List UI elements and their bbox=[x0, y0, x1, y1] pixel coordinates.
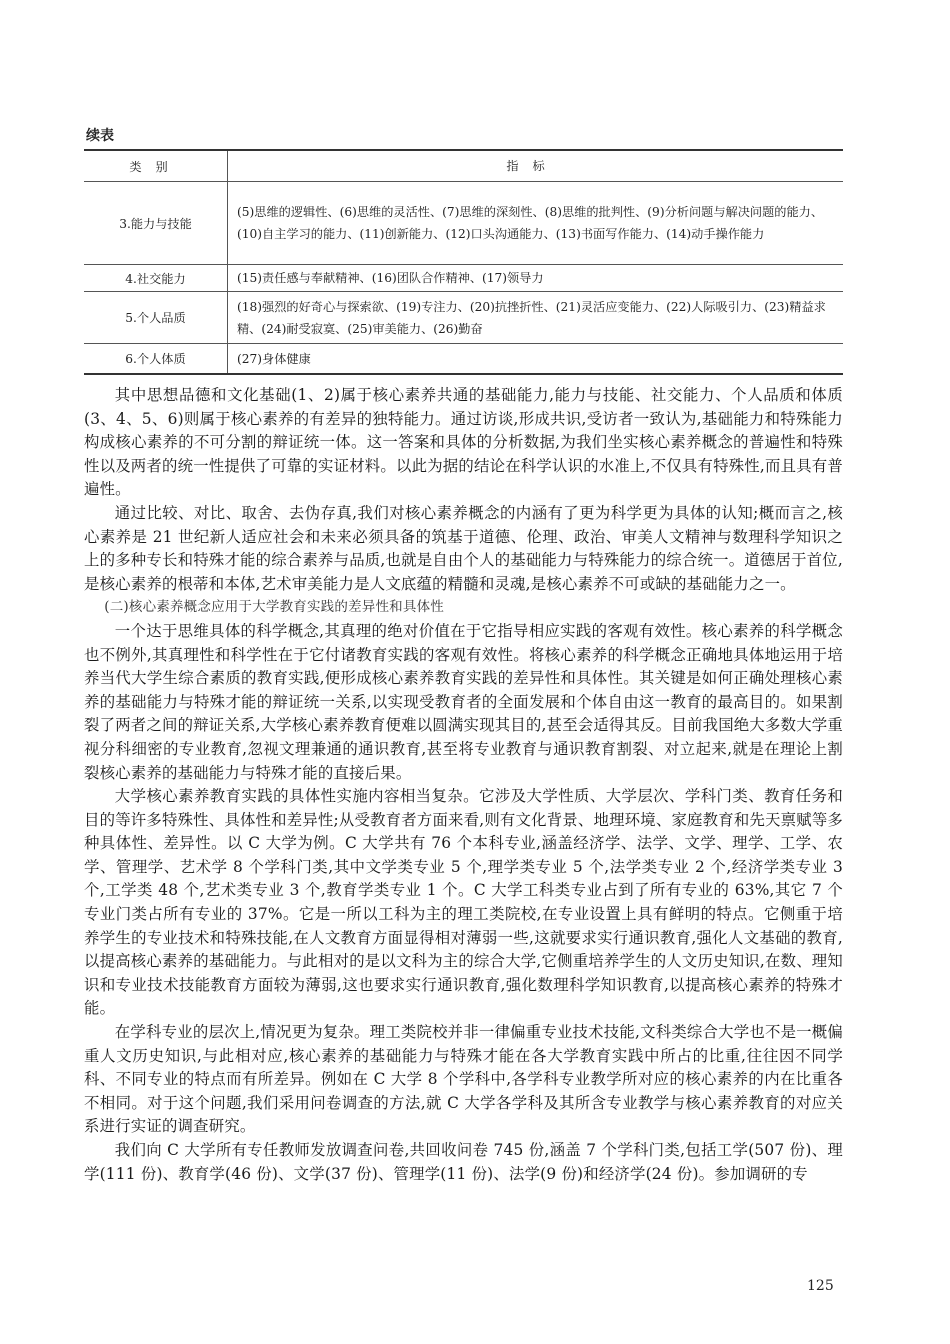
table-caption: 续表 bbox=[86, 125, 114, 145]
table-row: 5.个人品质 (18)强烈的好奇心与探索欲、(19)专注力、(20)抗挫折性、(… bbox=[84, 292, 843, 344]
row-indicators: (15)责任感与奉献精神、(16)团队合作精神、(17)领导力 bbox=[237, 265, 837, 291]
row-indicators: (5)思维的逻辑性、(6)思维的灵活性、(7)思维的深刻性、(8)思维的批判性、… bbox=[237, 199, 837, 247]
paragraph: 大学核心素养教育实践的具体性实施内容相当复杂。它涉及大学性质、大学层次、学科门类… bbox=[84, 785, 843, 1021]
paragraph: 我们向 C 大学所有专任教师发放调查问卷,共回收问卷 745 份,涵盖 7 个学… bbox=[84, 1139, 843, 1186]
table-row: 6.个人体质 (27)身体健康 bbox=[84, 344, 843, 375]
header-indicators: 指标 bbox=[228, 150, 844, 182]
table-row: 3.能力与技能 (5)思维的逻辑性、(6)思维的灵活性、(7)思维的深刻性、(8… bbox=[84, 182, 843, 265]
row-category: 5.个人品质 bbox=[84, 292, 228, 344]
document-page: 续表 类别 指标 3.能力与技能 (5)思维的逻辑性、(6)思维的灵活性、(7)… bbox=[0, 0, 950, 1344]
row-indicators: (27)身体健康 bbox=[237, 346, 837, 372]
row-category: 4.社交能力 bbox=[84, 265, 228, 292]
row-category: 3.能力与技能 bbox=[84, 182, 228, 265]
paragraph: 其中思想品德和文化基础(1、2)属于核心素养共通的基础能力,能力与技能、社交能力… bbox=[84, 384, 843, 502]
section-subheading: (二)核心素养概念应用于大学教育实践的差异性和具体性 bbox=[84, 596, 843, 620]
indicator-table: 类别 指标 3.能力与技能 (5)思维的逻辑性、(6)思维的灵活性、(7)思维的… bbox=[84, 149, 843, 375]
header-category: 类别 bbox=[84, 150, 228, 182]
body-text: 其中思想品德和文化基础(1、2)属于核心素养共通的基础能力,能力与技能、社交能力… bbox=[84, 384, 843, 1186]
paragraph: 一个达于思维具体的科学概念,其真理的绝对价值在于它指导相应实践的客观有效性。核心… bbox=[84, 620, 843, 785]
page-number: 125 bbox=[807, 1278, 834, 1294]
paragraph: 通过比较、对比、取舍、去伪存真,我们对核心素养概念的内涵有了更为科学更为具体的认… bbox=[84, 502, 843, 596]
table-row: 4.社交能力 (15)责任感与奉献精神、(16)团队合作精神、(17)领导力 bbox=[84, 265, 843, 292]
table-header-row: 类别 指标 bbox=[84, 150, 843, 182]
paragraph: 在学科专业的层次上,情况更为复杂。理工类院校并非一律偏重专业技术技能,文科类综合… bbox=[84, 1021, 843, 1139]
row-indicators: (18)强烈的好奇心与探索欲、(19)专注力、(20)抗挫折性、(21)灵活应变… bbox=[237, 294, 837, 342]
row-category: 6.个人体质 bbox=[84, 344, 228, 375]
